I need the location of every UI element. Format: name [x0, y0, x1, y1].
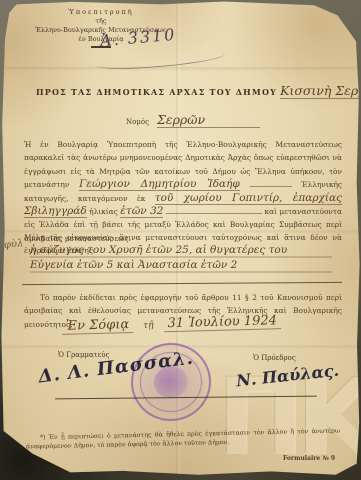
official-round-stamp: [126, 338, 216, 426]
province-label: Νομός: [126, 118, 149, 126]
letterhead-org: Ὑποεπιτροπὴ: [26, 8, 176, 17]
dateline-date: 31 Ἰουλίου 1924: [163, 313, 281, 332]
province-line: Νομός Σερρῶν: [126, 112, 260, 128]
document-paper: ΠΚ Ὑποεπιτροπὴ τῆς Ἑλληνο-Βουλγαρικῆς Με…: [0, 0, 361, 480]
blank-line: [166, 206, 262, 214]
blank-line: [250, 179, 292, 187]
form-number: Formulaire № 9: [283, 455, 335, 462]
document-content: Ὑποεπιτροπὴ τῆς Ἑλληνο-Βουλγαρικῆς Μεταν…: [0, 0, 361, 480]
horizontal-divider: [22, 282, 342, 285]
age-label: ἡλικίας: [89, 207, 118, 216]
addressee-printed: ΠΡΟΣ ΤΑΣ ΔΗΜΟΤΙΚΑΣ ΑΡΧΑΣ ΤΟΥ ΔΗΜΟΥ: [36, 87, 277, 97]
body-paragraph-1: Ἡ ἐν Βουλγαρίᾳ Ὑποεπιτροπὴ τῆς Ἑλληνο-Βο…: [24, 138, 342, 245]
reference-number-underline: [96, 47, 227, 71]
addressee-municipality-handwritten: Κισσινὴ Σερρῶν: [280, 83, 361, 99]
dateline-place: Ἐν Σόφιᾳ: [62, 317, 134, 335]
margin-note-handwritten: φὺλ: [3, 238, 23, 251]
family-members-handwritten: ἡ σύζυγος του Χρυσῆ ἐτῶν 25, αἱ θυγατέρε…: [30, 243, 332, 273]
age-handwritten: ἐτῶν 32: [120, 205, 163, 218]
addressee-line: ΠΡΟΣ ΤΑΣ ΔΗΜΟΤΙΚΑΣ ΑΡΧΑΣ ΤΟΥ ΔΗΜΟΥ Κισσι…: [36, 83, 353, 99]
dateline-article: τῇ: [139, 320, 158, 330]
president-signature: Ν. Παύλας.: [235, 361, 340, 391]
province-value-handwritten: Σερρῶν: [157, 112, 260, 128]
migrant-name-handwritten: Γεώργιον Δημητρίου Ἰδαήφ: [79, 178, 240, 191]
footnote-text: *) Ἐν ᾗ περιπτώσει ὁ μετανάστης θὰ ἤθελε…: [26, 427, 340, 451]
president-title: Ὁ Πρόεδρος: [253, 354, 296, 362]
letterhead-of: τῆς: [26, 17, 176, 26]
